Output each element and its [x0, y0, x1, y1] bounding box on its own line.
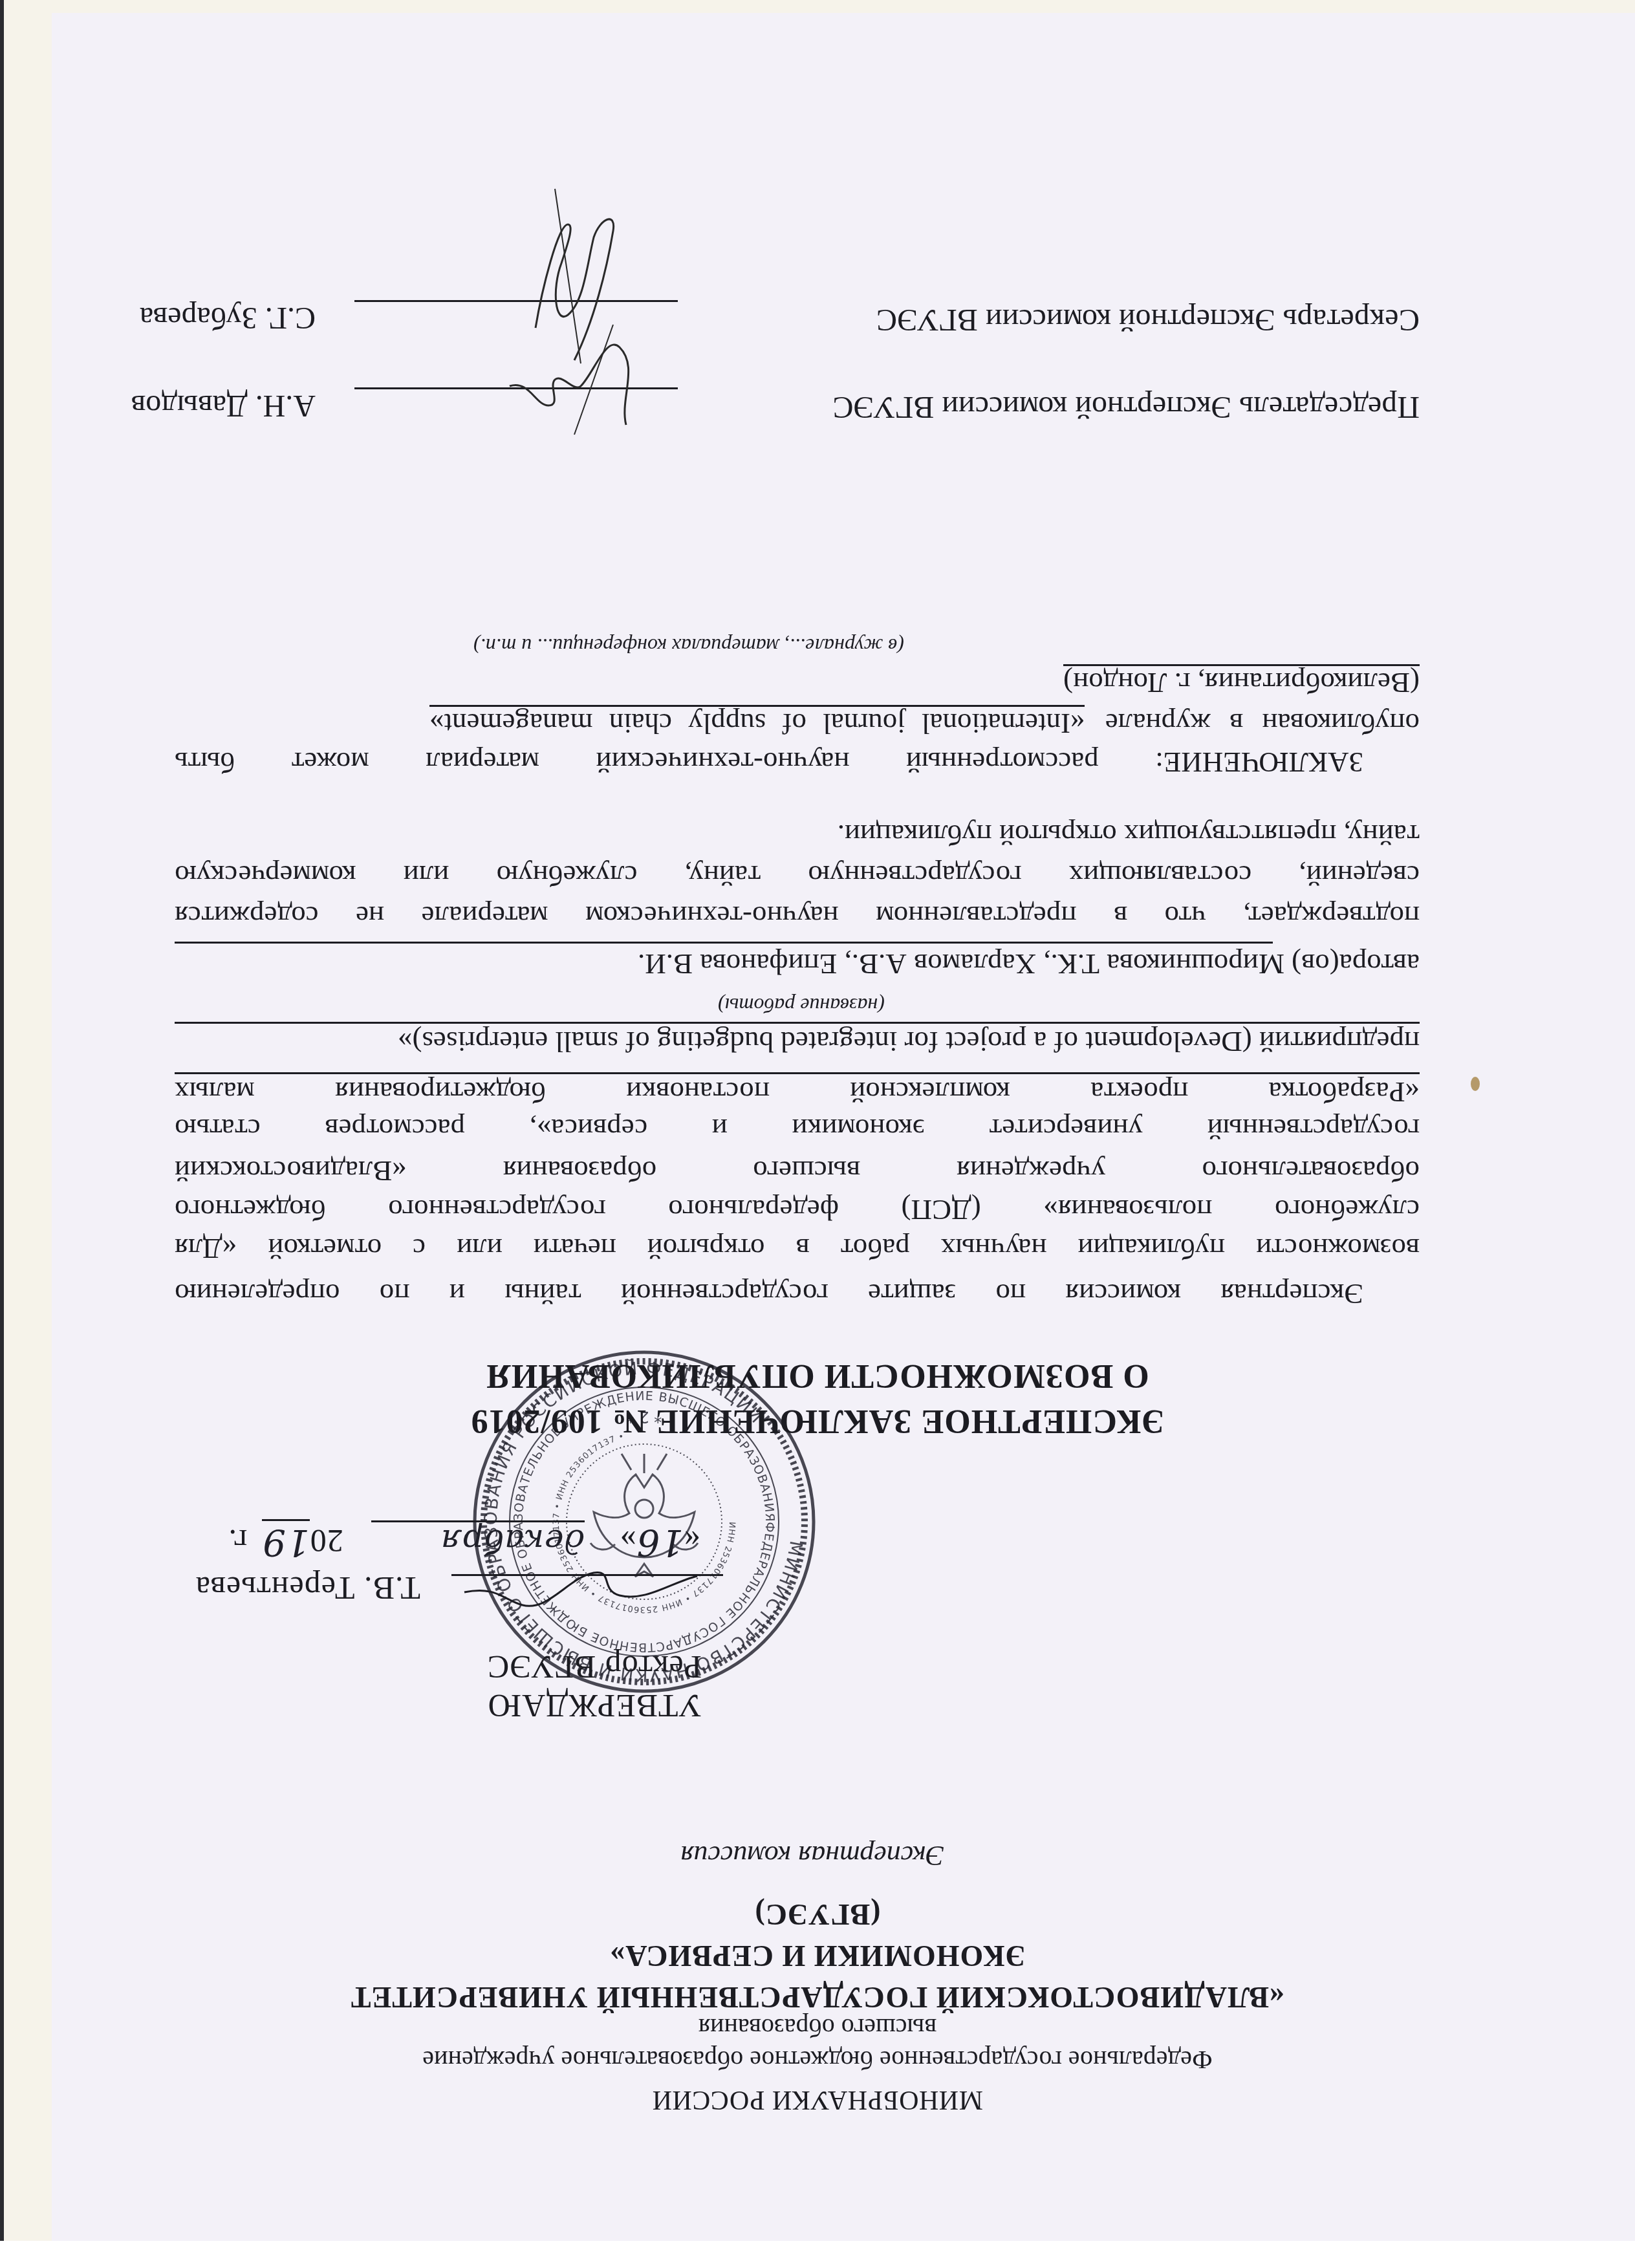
date-suffix: г. — [228, 1523, 247, 1559]
approval-label: УТВЕРЖДАЮ — [488, 1687, 702, 1725]
date-year-prefix: 20 — [310, 1523, 343, 1559]
university-name-line2: ЭКОНОМИКИ И СЕРВИСА» — [0, 1939, 1635, 1973]
authors-line: автора(ов) Мирошникова Т.К., Харламов А.… — [638, 947, 1420, 981]
date-month: декабря — [371, 1520, 585, 1560]
date-day: 16 — [636, 1521, 684, 1563]
conclusion-line: ЗАКЛЮЧЕНИЕ: рассмотренный научно-техниче… — [175, 744, 1363, 781]
approver-signature — [458, 1557, 704, 1628]
secretary-name: С.Г. Зубарева — [140, 300, 316, 336]
confirmation-line: тайну, препятствующих открытой публикаци… — [175, 817, 1420, 853]
authors-prefix: автора(ов) — [1292, 948, 1420, 980]
journal-name: «International journal of supply chain m… — [429, 705, 1085, 740]
conclusion-published-in: опубликован в журнале — [1105, 707, 1420, 740]
work-title-underline — [175, 1022, 1420, 1024]
body-line: государственный университет экономики и … — [175, 1111, 1420, 1147]
approval-date: «16» декабря 2019 г. — [228, 1520, 700, 1563]
chairman-name: А.Н. Давыдов — [131, 388, 316, 424]
authors-list: Мирошникова Т.К., Харламов А.В., Епифано… — [638, 948, 1284, 980]
work-title-underline — [175, 1072, 1420, 1074]
expert-commission-label: Экспертная комиссия — [680, 1839, 944, 1872]
body-line: возможности публикации научных работ в о… — [175, 1231, 1420, 1267]
body-line: служебного пользования» (ДСП) федерально… — [175, 1192, 1420, 1228]
university-name-line1: «ВЛАДИВОСТОКСКИЙ ГОСУДАРСТВЕННЫЙ УНИВЕРС… — [0, 1980, 1635, 2014]
university-abbreviation: (ВГУЭС) — [0, 1897, 1635, 1932]
body-line: Экспертная комиссия по защите государств… — [175, 1276, 1363, 1312]
paper-speck — [1471, 1077, 1480, 1091]
conclusion-journal-line: опубликован в журнале «International jou… — [175, 705, 1420, 740]
date-year: 19 — [262, 1519, 309, 1563]
secretary-signature — [484, 186, 652, 367]
work-title-caption: (название работы) — [718, 993, 885, 1017]
confirmation-line: подтверждает, что в представленном научн… — [175, 898, 1420, 934]
date-open-quote: « — [684, 1523, 700, 1559]
document-page-rotated: МИНОБРНАУКИ РОССИИ Федеральное государст… — [0, 0, 1635, 2268]
journal-location: (Великобритания, г. Лондон) — [1063, 664, 1420, 700]
document-title: ЭКСПЕРТНОЕ ЗАКЛЮЧЕНИЕ № 109/2019 — [0, 1402, 1635, 1440]
chairman-role: Председатель Экспертной комиссии ВГУЭС — [832, 389, 1420, 425]
confirmation-line: сведений, составляющих государственную т… — [175, 858, 1420, 894]
body-line: образовательного учреждения высшего обра… — [175, 1153, 1420, 1189]
date-close-quote: » — [620, 1523, 636, 1559]
conclusion-caption: (в журнале..., материалах конференции...… — [473, 634, 904, 658]
ministry-name: МИНОБРНАУКИ РОССИИ — [0, 2084, 1635, 2115]
institution-type: Федеральное государственное бюджетное об… — [0, 2045, 1635, 2075]
approver-name: Т.В. Терентьева — [195, 1570, 420, 1607]
work-title-line2: предприятий (Development of a project fo… — [175, 1024, 1420, 1060]
work-title-line1: «Разработка проекта комплексной постанов… — [175, 1074, 1420, 1110]
education-level: высшего образования — [0, 2013, 1635, 2043]
secretary-role: Секретарь Экспертной комиссии ВГУЭС — [876, 302, 1420, 338]
authors-underline — [175, 942, 1273, 944]
approver-position: Ректор ВГУЭС — [487, 1648, 702, 1686]
document-subtitle: О ВОЗМОЖНОСТИ ОПУБЛИКОВАНИЯ — [0, 1357, 1635, 1395]
